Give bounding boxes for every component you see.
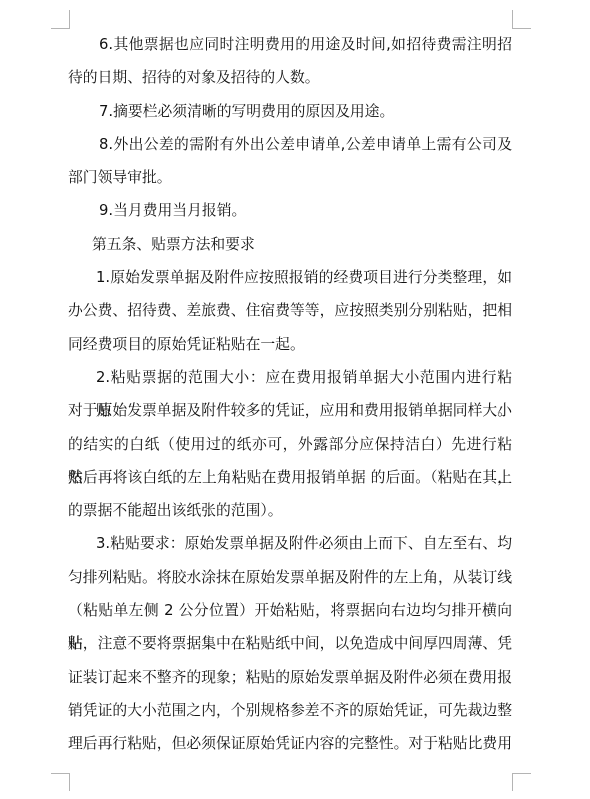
text-line: 的结实的白纸（使用过的纸亦可，外露部分应保持洁白）先进行粘贴， [68,428,512,461]
text-line: 然后再将该白纸的左上角粘贴在费用报销单据 的后面。（粘贴在其上 [68,461,512,494]
text-line: 7.摘要栏必须清晰的写明费用的原因及用途。 [68,95,512,128]
paragraph-subitem-2: 2.粘贴票据的范围大小：应在费用报销单据大小范围内进行粘贴。 对于原始发票单据及… [68,361,512,527]
text-line: 对于原始发票单据及附件较多的凭证，应用和费用报销单据同样大小 [68,394,512,427]
text-line: 同经费项目的原始凭证粘贴在一起。 [68,328,512,361]
margin-mark-bottom-right-horizontal [512,773,531,774]
text-line: 理后再行粘贴，但必须保证原始凭证内容的完整性。对于粘贴比费用 [68,727,512,760]
margin-mark-top-right-vertical [512,10,513,28]
margin-mark-bottom-left-horizontal [51,773,70,774]
paragraph-item-8: 8.外出公差的需附有外出公差申请单,公差申请单上需有公司及 部门领导审批。 [68,128,512,195]
margin-mark-bottom-left-vertical [69,773,70,791]
text-line: 贴，注意不要将票据集中在粘贴纸中间，以免造成中间厚四周薄、凭 [68,627,512,660]
text-line: 3.粘贴要求：原始发票单据及附件必须由上而下、自左至右、均 [68,527,512,560]
heading-text: 第五条、贴票方法和要求 [68,228,512,261]
text-line: （粘贴单左侧 2 公分位置）开始粘贴，将票据向右边均匀排开横向粘 [68,594,512,627]
paragraph-item-7: 7.摘要栏必须清晰的写明费用的原因及用途。 [68,95,512,128]
text-line: 部门领导审批。 [68,161,512,194]
text-line: 证装订起来不整齐的现象；粘贴的原始发票单据及附件必须在费用报 [68,661,512,694]
margin-mark-top-left-vertical [69,10,70,28]
margin-mark-top-right-horizontal [512,28,531,29]
section-heading: 第五条、贴票方法和要求 [68,228,512,261]
margin-mark-bottom-right-vertical [512,773,513,791]
text-line: 8.外出公差的需附有外出公差申请单,公差申请单上需有公司及 [68,128,512,161]
text-line: 销凭证的大小范围之内，个别规格参差不齐的原始凭证，可先裁边整 [68,694,512,727]
text-line: 1.原始发票单据及附件应按照报销的经费项目进行分类整理，如 [68,261,512,294]
paragraph-item-6: 6.其他票据也应同时注明费用的用途及时间,如招待费需注明招 待的日期、招待的对象… [68,28,512,95]
text-line: 的票据不能超出该纸张的范围）。 [68,494,512,527]
paragraph-subitem-3: 3.粘贴要求：原始发票单据及附件必须由上而下、自左至右、均 匀排列粘贴。将胶水涂… [68,527,512,760]
text-line: 2.粘贴票据的范围大小：应在费用报销单据大小范围内进行粘贴。 [68,361,512,394]
paragraph-subitem-1: 1.原始发票单据及附件应按照报销的经费项目进行分类整理，如 办公费、招待费、差旅… [68,261,512,361]
text-line: 匀排列粘贴。将胶水涂抹在原始发票单据及附件的左上角，从装订线 [68,561,512,594]
text-line: 9.当月费用当月报销。 [68,194,512,227]
text-line: 6.其他票据也应同时注明费用的用途及时间,如招待费需注明招 [68,28,512,61]
text-line: 待的日期、招待的对象及招待的人数。 [68,61,512,94]
paragraph-item-9: 9.当月费用当月报销。 [68,194,512,227]
document-body[interactable]: 6.其他票据也应同时注明费用的用途及时间,如招待费需注明招 待的日期、招待的对象… [68,28,512,761]
document-page: 6.其他票据也应同时注明费用的用途及时间,如招待费需注明招 待的日期、招待的对象… [0,0,590,799]
text-line: 办公费、招待费、差旅费、住宿费等等，应按照类别分别粘贴，把相 [68,294,512,327]
